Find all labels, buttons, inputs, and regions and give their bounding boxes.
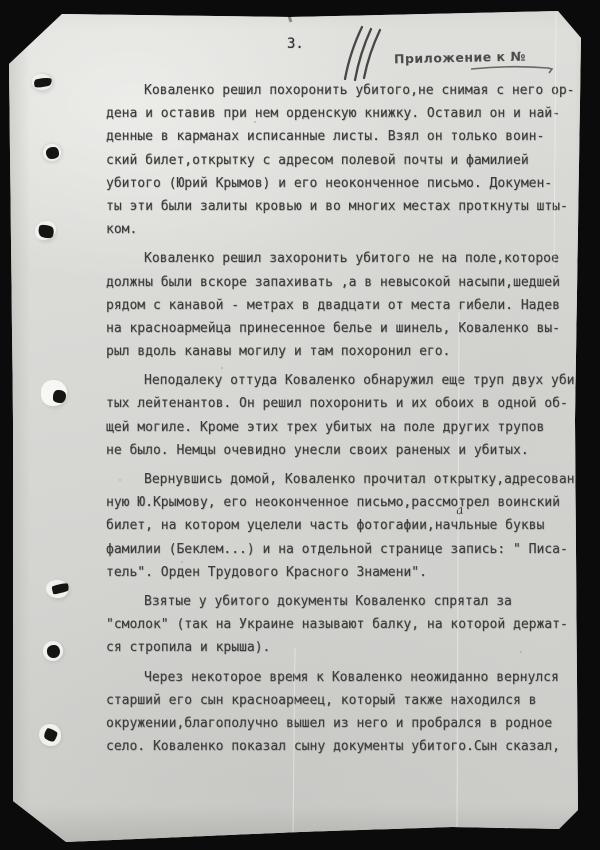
document-page: 3. Приложение к № Коваленко решил похоро…: [0, 0, 600, 850]
text-line: ский билет,открытку с адресом полевой по…: [106, 149, 568, 172]
text-line: тель". Орден Трудового Красного Знамени"…: [106, 561, 568, 584]
text-line: Через некоторое время к Коваленко неожид…: [106, 666, 568, 689]
punch-hole: [24, 66, 62, 100]
text-line: билет, на котором уцелели часть фотогафи…: [106, 514, 568, 537]
text-line: старший его сын красноармеец, который та…: [106, 689, 568, 712]
text-line: щей могиле. Кроме этих трех убитых на по…: [106, 416, 568, 439]
text-line: должны были вскоре запахивать ,а в невыс…: [106, 271, 568, 294]
text-line: фамилии (Беклем...) и на отдельной стран…: [106, 538, 568, 561]
tally-marks: [345, 27, 380, 80]
text-line: Коваленко решил похоронить убитого,не сн…: [106, 79, 568, 102]
text-line: Неподалеку оттуда Коваленко обнаружил ещ…: [106, 369, 568, 392]
page-number: 3.: [287, 36, 304, 52]
text-line: рядом с канавой - метрах в двадцати от м…: [106, 294, 568, 317]
text-line: дена и оставив при нем орденскую книжку.…: [106, 102, 568, 125]
punch-hole: [40, 574, 78, 608]
text-line: денные в карманах исписанные листы. Взял…: [106, 125, 568, 148]
paragraph: Коваленко решил похоронить убитого,не сн…: [106, 79, 568, 241]
text-line: убитого (Юрий Крымов) и его неоконченное…: [106, 172, 568, 195]
paragraph: Неподалеку оттуда Коваленко обнаружил ещ…: [106, 369, 568, 462]
punch-hole: [28, 214, 64, 250]
text-line: Взятые у убитого документы Коваленко спр…: [106, 590, 568, 613]
top-edge-smudge: [287, 10, 291, 22]
stamp-underline: [471, 67, 552, 73]
text-line: тых лейтенантов. Он решил похоронить и и…: [106, 392, 568, 415]
punch-hole: [33, 372, 77, 418]
punch-hole: [34, 136, 70, 170]
scanner-background: 3. Приложение к № Коваленко решил похоро…: [0, 0, 600, 850]
text-line: ком.: [106, 218, 568, 241]
text-line: ную Ю.Крымову, его неоконченное письмо,р…: [106, 491, 568, 514]
text-line: окружении,благополучно вышел из него и п…: [106, 712, 568, 735]
text-line: не было. Немцы очевидно унесли своих ран…: [106, 439, 568, 462]
text-line: на красноармейца принесенное белье и шин…: [106, 317, 568, 340]
punch-hole: [36, 634, 72, 670]
punch-hole: [32, 716, 70, 756]
appendix-stamp: Приложение к №: [394, 49, 526, 67]
paragraph: Вернувшись домой, Коваленко прочитал отк…: [106, 468, 568, 584]
document-body: Коваленко решил похоронить убитого,не сн…: [106, 79, 568, 764]
paragraph: Коваленко решил захоронить убитого не на…: [106, 247, 568, 363]
text-line: Коваленко решил захоронить убитого не на…: [106, 247, 568, 270]
paragraph: Взятые у убитого документы Коваленко спр…: [106, 590, 568, 660]
text-line: "смолок" (так на Украине называют балку,…: [106, 613, 568, 636]
text-line: ты эти были залиты кровью и во многих ме…: [106, 195, 568, 218]
text-line: ся стропила и крыша).: [106, 636, 568, 659]
text-line: село. Коваленко показал сыну документы у…: [106, 735, 568, 758]
text-line: Вернувшись домой, Коваленко прочитал отк…: [106, 468, 568, 491]
text-line: рыл вдоль канавы могилу и там похоронил …: [106, 340, 568, 363]
paragraph: Через некоторое время к Коваленко неожид…: [106, 666, 568, 759]
